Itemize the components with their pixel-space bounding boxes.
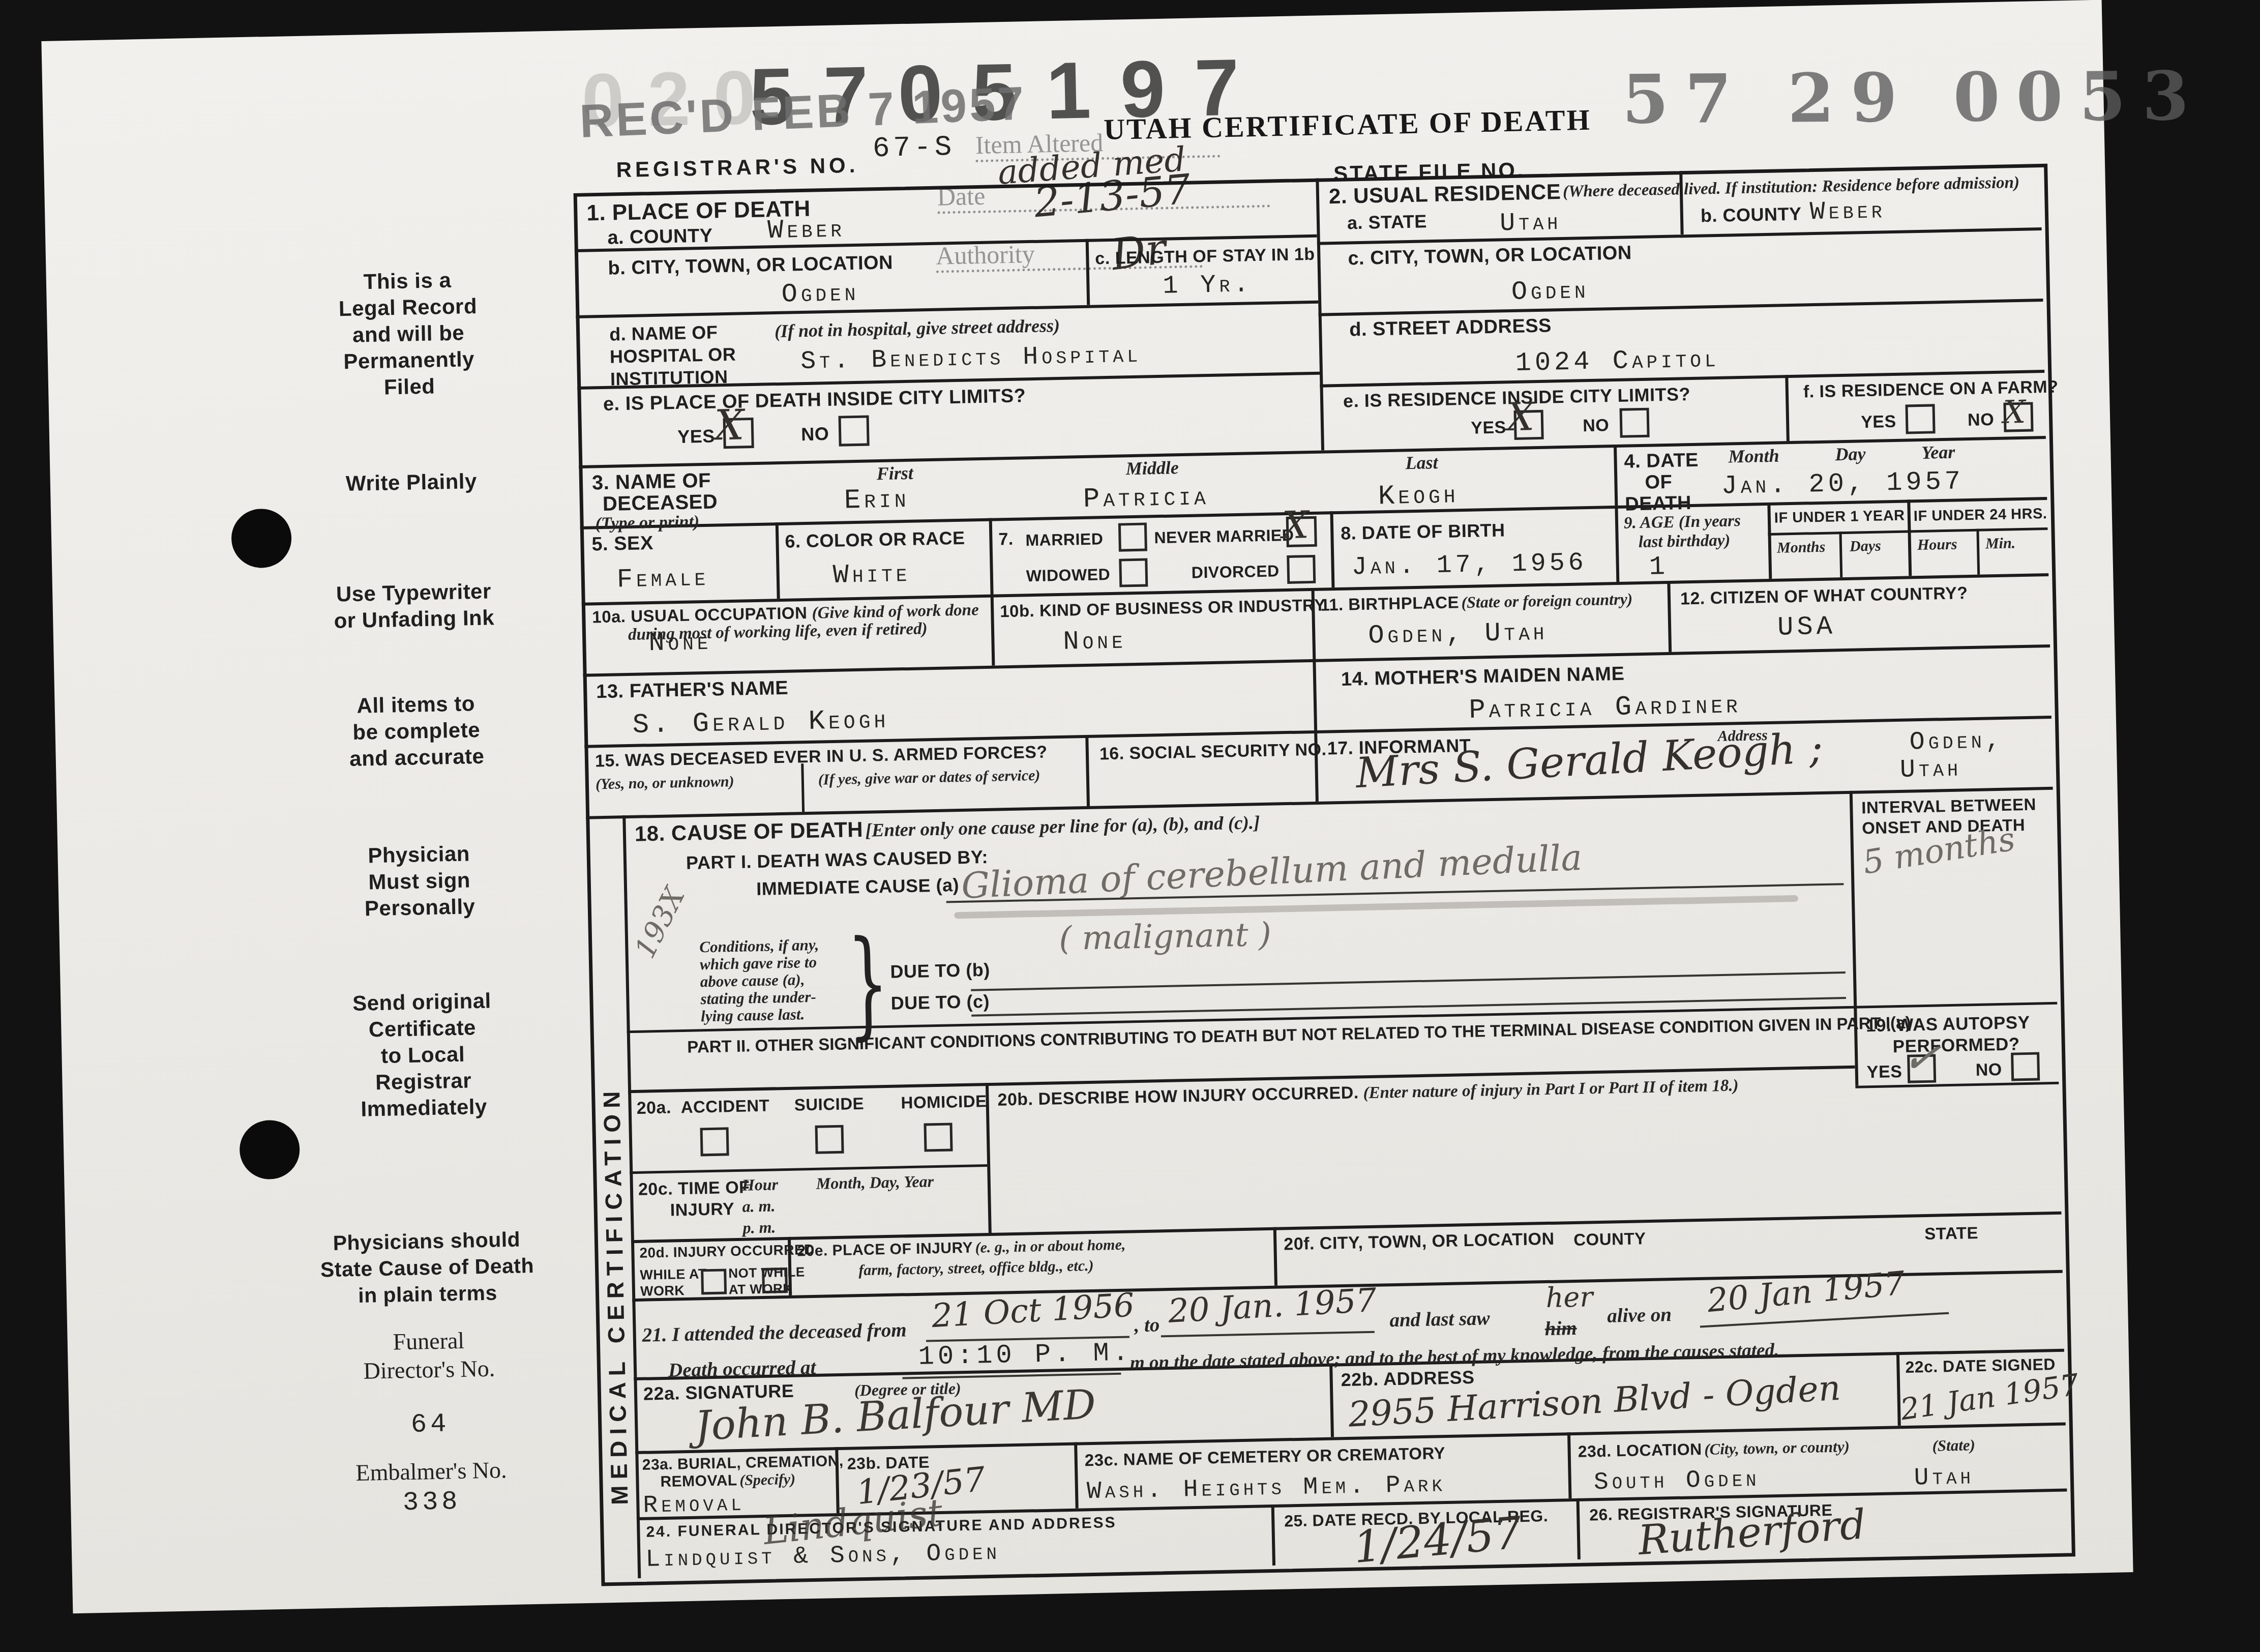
field-9-label: 9. AGE (In years: [1624, 512, 1741, 533]
field-21-her-handwriting: her: [1545, 1281, 1593, 1314]
margin-line: Immediately: [276, 1091, 572, 1124]
margin-legal-record: This is a Legal Record and will be Perma…: [260, 265, 557, 403]
field-2a-value: Utah: [1500, 208, 1562, 238]
field-1e-yes-mark: X: [714, 401, 745, 450]
field-3-title2: DECEASED: [602, 490, 718, 516]
field-23a-value: Removal: [643, 1490, 745, 1520]
field-2f-yes-label: YES: [1861, 412, 1896, 432]
margin-complete: All items to be complete and accurate: [268, 689, 564, 774]
field-9-value: 1: [1649, 552, 1669, 582]
field-9-under1-label: IF UNDER 1 YEAR: [1774, 508, 1905, 527]
field-4-value: Jan. 20, 1957: [1721, 466, 1965, 501]
margin-write-plainly: Write Plainly: [264, 467, 559, 498]
field-10a-note: (Give kind of work done: [812, 601, 979, 623]
field-10b-value: None: [1063, 626, 1126, 657]
field-2d-label: d. STREET ADDRESS: [1349, 315, 1552, 341]
field-2f-yes-checkbox: [1905, 404, 1935, 434]
field-4-title2: OF: [1645, 471, 1673, 494]
field-1b-value: Ogden: [781, 278, 859, 310]
field-20c-mdy-label: Month, Day, Year: [816, 1172, 934, 1193]
field-20f-state-label: STATE: [1924, 1223, 1979, 1244]
field-22b-label: 22b. ADDRESS: [1341, 1367, 1475, 1391]
field-9-months-label: Months: [1777, 539, 1826, 557]
funeral-director-no-value: 64: [283, 1406, 578, 1442]
margin-line: Personally: [272, 892, 568, 924]
field-17-address-label: Address: [1717, 727, 1768, 745]
field-20d-while-label1: WHILE AT: [640, 1266, 707, 1283]
hole-punch-top: [231, 508, 292, 568]
field-21-death-occurred-label: Death occurred at: [668, 1356, 816, 1382]
field-20a-accident-checkbox: [700, 1127, 729, 1156]
field-20a-suicide-label: SUICIDE: [794, 1094, 864, 1115]
field-17-address-value1: Ogden,: [1909, 726, 2004, 757]
field-2a-label: a. STATE: [1347, 211, 1427, 233]
field-20a-homicide-label: HOMICIDE: [901, 1091, 987, 1112]
field-9-days-label: Days: [1850, 538, 1881, 555]
field-21-time-value: 10:10 P. M.: [918, 1338, 1132, 1372]
field-11-label-bold: 11. BIRTHPLACE: [1320, 593, 1460, 614]
margin-physician-sign: Physician Must sign Personally: [271, 839, 568, 924]
field-21-text3: and last saw: [1389, 1307, 1490, 1332]
field-20d-notwhile-checkbox: [762, 1267, 788, 1293]
margin-line: and accurate: [269, 742, 564, 774]
field-20e-label-bold: 20e. PLACE OF INJURY: [797, 1240, 973, 1260]
field-20c-pm-label: p. m.: [742, 1218, 776, 1237]
field-7-married-checkbox: [1118, 523, 1147, 552]
field-2e-no-label: NO: [1583, 416, 1610, 436]
field-23d-state-value: Utah: [1914, 1463, 1974, 1492]
hole-punch-bottom: [239, 1119, 300, 1179]
field-1e-yes-label: YES: [677, 426, 715, 448]
field-7-divorced-label: DIVORCED: [1191, 562, 1280, 582]
field-4-title3: DEATH: [1625, 492, 1691, 516]
field-10a-value: None: [648, 627, 712, 658]
field-18-due-c-label: DUE TO (c): [890, 991, 990, 1014]
field-17-address-value2: Utah: [1899, 754, 1961, 784]
margin-line: in plain terms: [270, 1278, 586, 1310]
field-6-value: White: [832, 559, 911, 591]
field-23d-note: (City, town, or county): [1704, 1437, 1850, 1458]
field-7-widowed-checkbox: [1119, 558, 1148, 587]
field-8-label: 8. DATE OF BIRTH: [1341, 519, 1505, 544]
field-23d-state-note: (State): [1932, 1436, 1975, 1455]
field-20c-label2: INJURY: [670, 1199, 734, 1221]
field-20a-homicide-checkbox: [924, 1123, 953, 1152]
field-20d-while-checkbox: [701, 1268, 727, 1294]
field-1d-label: INSTITUTION: [610, 366, 728, 390]
field-20a-suicide-checkbox: [815, 1125, 844, 1154]
field-18-cause-a-qualifier: ( malignant ): [1058, 916, 1271, 958]
field-1d-label: HOSPITAL OR: [610, 344, 736, 368]
field-20d-while-label2: WORK: [640, 1283, 685, 1300]
field-1d-label: d. NAME OF: [609, 321, 718, 345]
conditions-brace: }: [846, 916, 890, 1052]
field-1e-no-label: NO: [801, 423, 829, 445]
margin-embalmer-no: Embalmer's No.: [284, 1455, 579, 1488]
field-20c-hour-label: Hour: [741, 1175, 778, 1194]
field-19-yes-label: YES: [1866, 1062, 1902, 1082]
field-2e-yes-label: YES: [1471, 418, 1506, 438]
field-3-last-label: Last: [1405, 452, 1438, 474]
field-3-first-value: Erin: [844, 484, 910, 517]
field-6-label: 6. COLOR OR RACE: [785, 527, 965, 552]
field-23d-label-bold: 23d. LOCATION: [1578, 1440, 1702, 1461]
field-2-title: 2. USUAL RESIDENCE: [1329, 180, 1561, 209]
field-19-yes-mark: ✓: [1899, 1029, 1943, 1086]
field-5-label: 5. SEX: [591, 533, 653, 555]
field-7-never-married-label: NEVER MARRIED: [1154, 526, 1294, 548]
margin-line: or Unfading Ink: [266, 603, 562, 636]
field-19-no-checkbox: [2011, 1052, 2040, 1081]
field-18-title-bold: 18. CAUSE OF DEATH: [634, 817, 863, 846]
field-2d-value: 1024 Capitol: [1515, 344, 1719, 378]
field-9-hours-label: Hours: [1917, 536, 1957, 554]
field-11-note: (State or foreign country): [1461, 589, 1633, 611]
field-2e-no-checkbox: [1620, 408, 1650, 438]
field-23a-label2-bold: REMOVAL: [660, 1472, 737, 1490]
field-20a-number: 20a.: [636, 1098, 671, 1118]
field-20a-accident-label: ACCIDENT: [680, 1096, 769, 1117]
field-18-interval-label1: INTERVAL BETWEEN: [1861, 795, 2036, 818]
field-1e-no-checkbox: [839, 415, 870, 446]
field-21-him-struck: him: [1544, 1317, 1577, 1340]
margin-line: Director's No.: [281, 1352, 577, 1387]
field-2f-no-label: NO: [1968, 410, 1995, 430]
field-7-divorced-checkbox: [1287, 555, 1316, 584]
field-4-day-label: Day: [1835, 443, 1866, 465]
field-18-conditions-note: Conditions, if any, which gave rise to a…: [699, 936, 820, 1025]
field-13-label: 13. FATHER'S NAME: [596, 677, 789, 703]
field-4-month-label: Month: [1728, 445, 1779, 467]
field-7-never-married-mark: X: [1282, 503, 1309, 547]
field-8-value: Jan. 17, 1956: [1351, 548, 1587, 582]
field-3-last-value: Keogh: [1378, 480, 1459, 512]
field-21-text2: , to: [1134, 1313, 1160, 1337]
field-3-middle-value: Patricia: [1083, 482, 1209, 515]
field-3-middle-label: Middle: [1125, 457, 1179, 479]
margin-send-original: Send original Certificate to Local Regis…: [274, 986, 572, 1125]
field-20e-note1: (e. g., in or about home,: [975, 1236, 1125, 1256]
certificate-page: This is a Legal Record and will be Perma…: [41, 0, 2133, 1613]
state-file-stamp: 57 29 0053: [1622, 57, 2206, 139]
field-9-min-label: Min.: [1985, 535, 2016, 552]
margin-typewriter: Use Typewriter or Unfading Ink: [266, 577, 562, 636]
field-11-value: Ogden, Utah: [1368, 617, 1548, 651]
field-7-widowed-label: WIDOWED: [1026, 565, 1111, 585]
field-7-married-label: MARRIED: [1025, 529, 1104, 550]
field-23a-label2: REMOVAL (Specify): [660, 1471, 795, 1491]
field-23a-note: (Specify): [739, 1471, 796, 1489]
scanned-death-certificate: This is a Legal Record and will be Perma…: [0, 0, 2260, 1652]
field-4-title: 4. DATE: [1624, 450, 1699, 473]
field-20f-county-label: COUNTY: [1573, 1229, 1646, 1250]
field-1a-label: a. COUNTY: [607, 225, 713, 249]
margin-funeral-director-no: Funeral Director's No.: [281, 1324, 577, 1387]
field-2c-value: Ogden: [1511, 276, 1589, 307]
field-5-value: Female: [616, 563, 709, 595]
field-20c-label1: 20c. TIME OF: [638, 1177, 750, 1199]
field-23d-value: South Ogden: [1593, 1466, 1760, 1497]
field-18-due-b-label: DUE TO (b): [890, 959, 990, 983]
field-3-first-label: First: [876, 462, 913, 484]
field-4-year-label: Year: [1921, 441, 1955, 463]
field-2b-label: b. COUNTY: [1701, 203, 1802, 227]
field-19-label1: 19. WAS AUTOPSY: [1866, 1013, 2030, 1036]
field-20c-am-label: a. m.: [742, 1196, 776, 1216]
field-12-value: USA: [1777, 611, 1836, 642]
field-15-note1: (Yes, no, or unknown): [596, 773, 734, 793]
registrars-no-label: REGISTRAR'S NO.: [616, 153, 859, 183]
registrars-no-value: 67-S: [872, 131, 956, 165]
field-1a-value: Weber: [767, 214, 846, 246]
field-9-under24-label: IF UNDER 24 HRS.: [1914, 506, 2047, 525]
embalmer-no-value: 338: [284, 1484, 580, 1520]
field-18-immediate-label: IMMEDIATE CAUSE (a): [756, 874, 960, 900]
field-2b-value: Weber: [1809, 196, 1886, 227]
conditions-line: lying cause last.: [701, 1006, 820, 1025]
field-2e-yes-mark: X: [1506, 394, 1535, 439]
field-3-note: (Type or print): [595, 512, 699, 534]
field-1c-value: 1 Yr.: [1163, 270, 1253, 301]
field-14-value: Patricia Gardiner: [1469, 690, 1742, 726]
margin-plain-terms: Physicians should State Cause of Death i…: [269, 1225, 585, 1310]
margin-line: Filed: [262, 371, 557, 403]
field-21-text4: alive on: [1607, 1303, 1672, 1327]
field-13-value: S. Gerald Keogh: [632, 705, 889, 741]
field-9-label2: last birthday): [1638, 532, 1730, 552]
field-19-no-label: NO: [1975, 1060, 2002, 1080]
field-7-number: 7.: [998, 529, 1014, 550]
field-2f-no-mark: X: [2003, 393, 2026, 431]
